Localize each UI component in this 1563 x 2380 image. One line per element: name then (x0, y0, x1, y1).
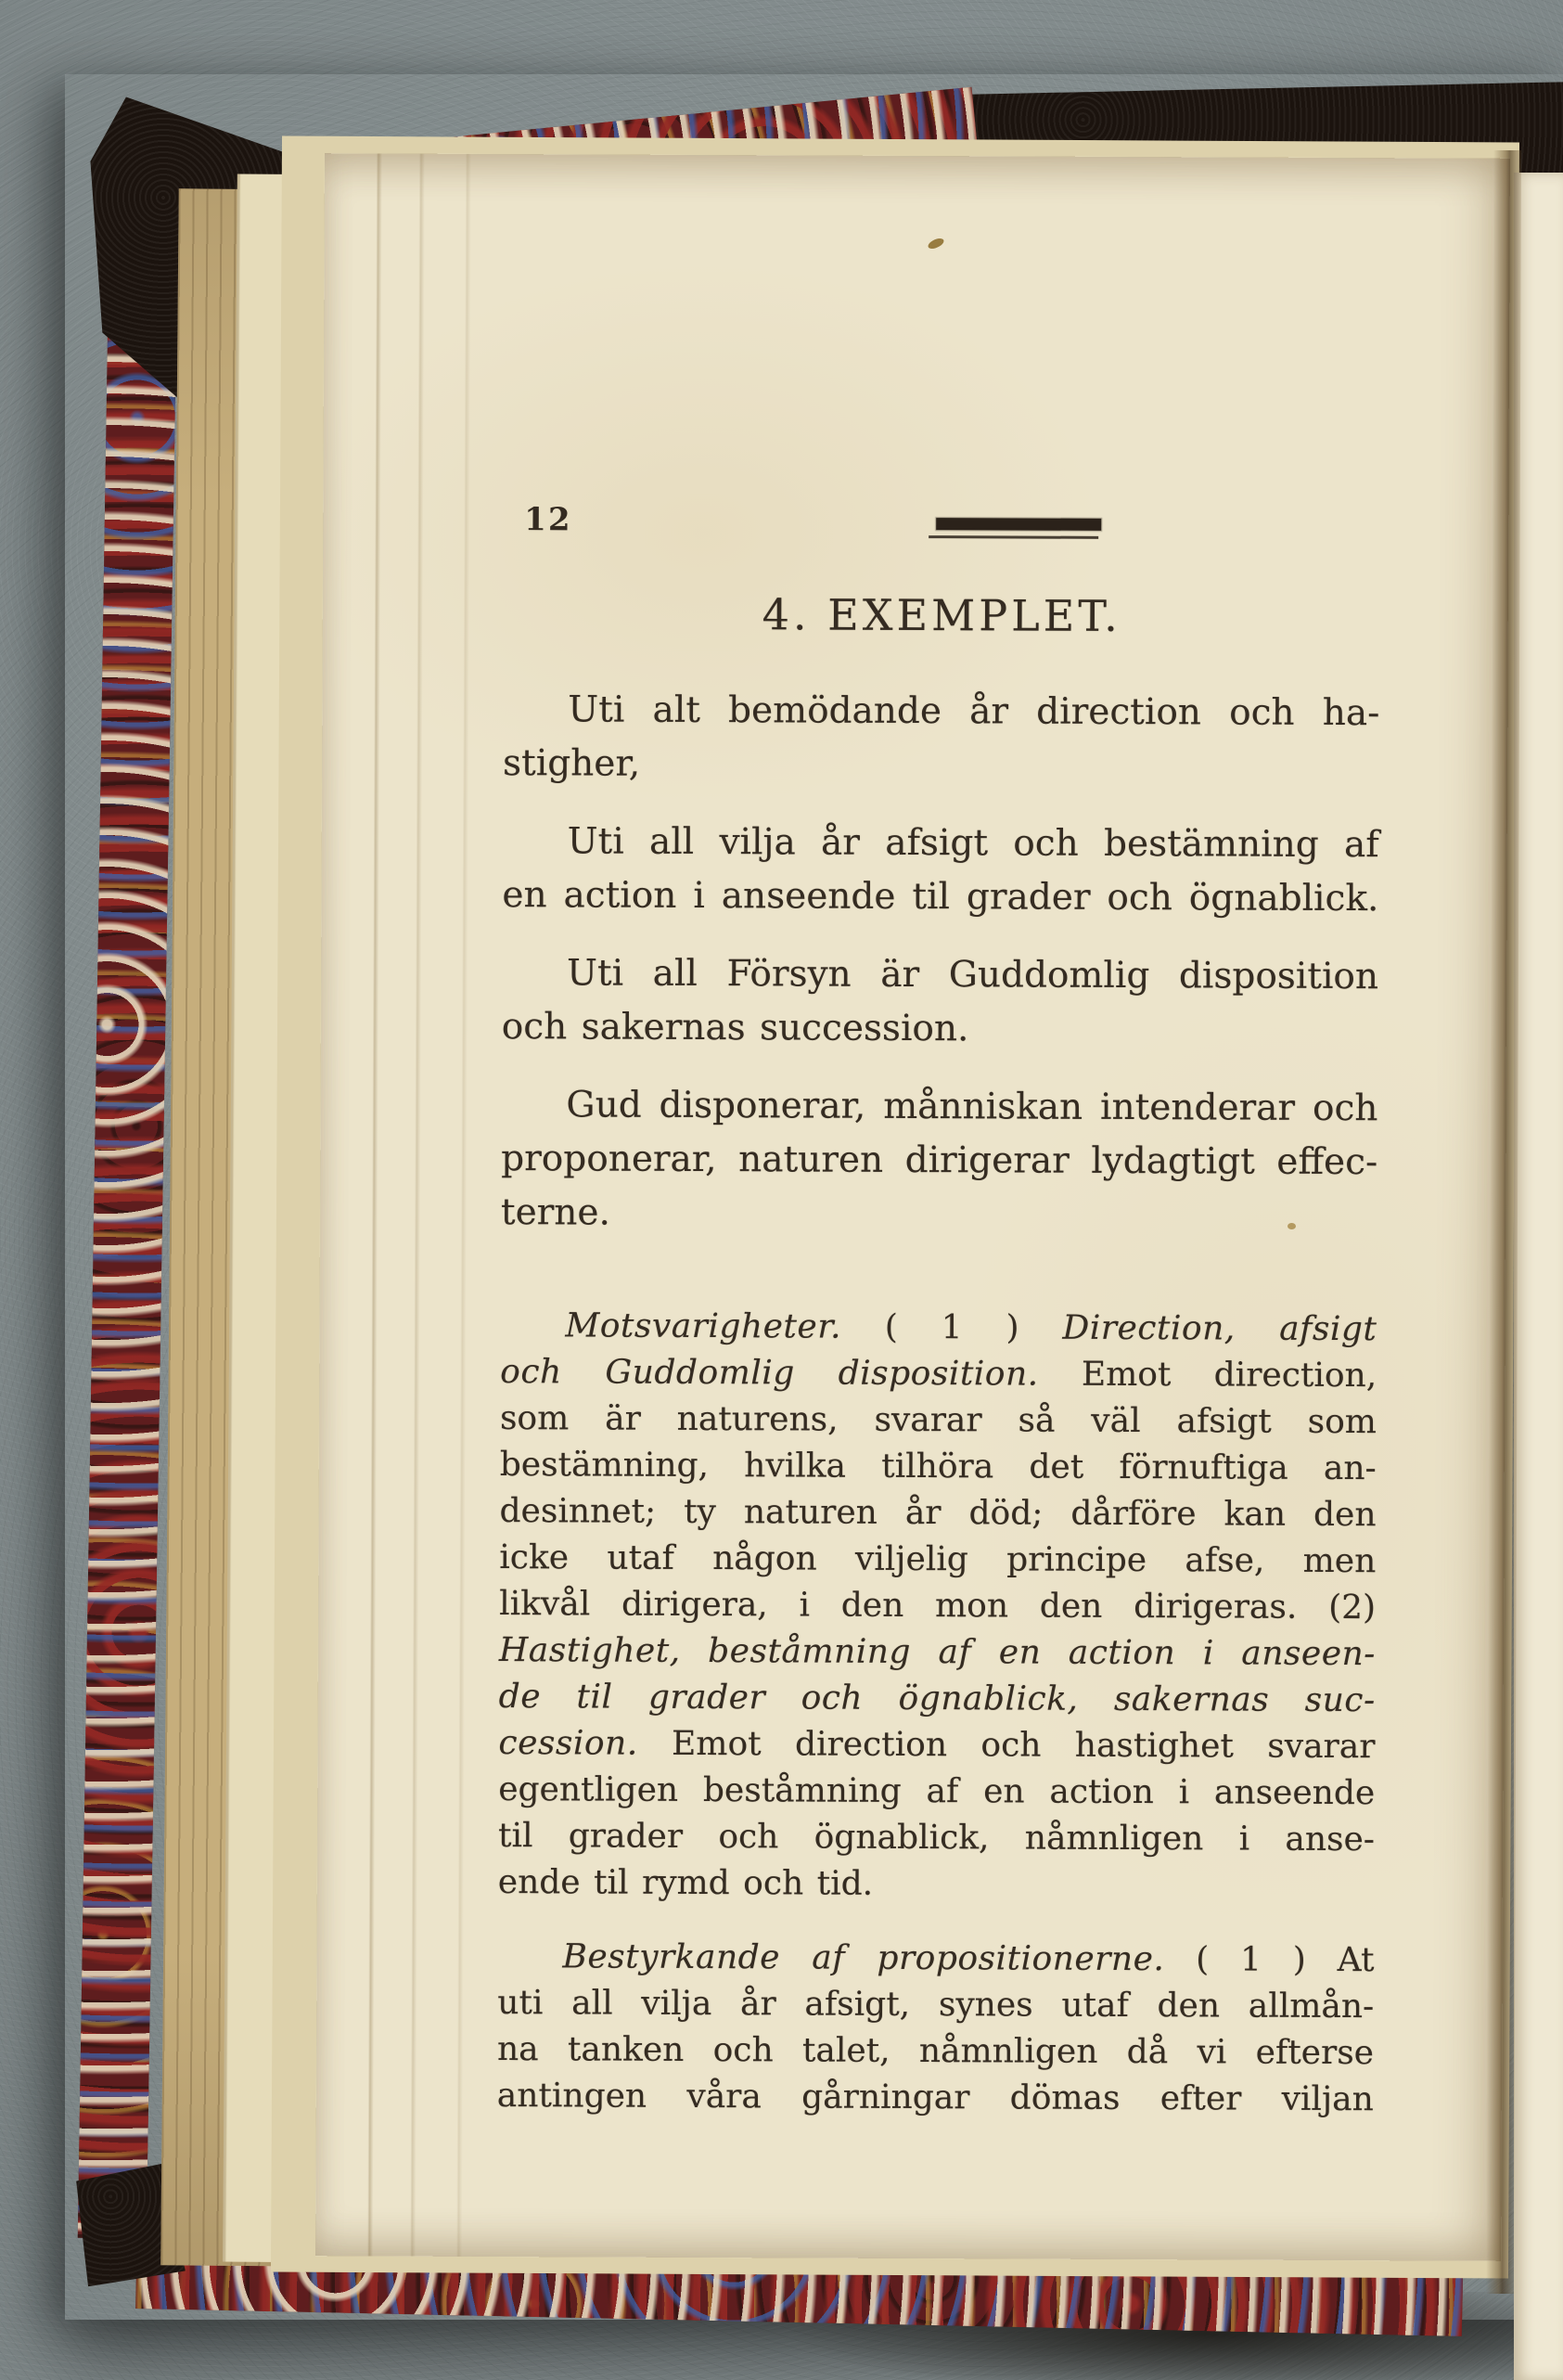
text-line: som är naturens, svarar så väl afsigt so… (500, 1396, 1377, 1446)
text-line: desinnet; ty naturen år död; dårföre kan… (499, 1488, 1376, 1538)
text-segment: likvål dirigera, i den mon den dirigeras… (499, 1585, 1376, 1627)
text-line: uti all vilja år afsigt, synes utaf den … (497, 1980, 1374, 2030)
text-line: cession. Emot direction och hastighet sv… (498, 1720, 1375, 1770)
text-segment: cession. (498, 1724, 637, 1763)
header-rule-ornament (936, 518, 1101, 531)
text-line: och sakernas succession. (502, 1000, 1378, 1058)
text-line: icke utaf någon viljelig principe afse, … (499, 1535, 1376, 1585)
section-heading: 4. EXEMPLET. (504, 588, 1380, 642)
text-block: 12 4. EXEMPLET. Uti alt bemödande år dir… (497, 495, 1381, 2123)
text-segment: Emot direction och hastighet svarar (638, 1725, 1376, 1766)
text-segment: Motsvarigheter. (565, 1306, 841, 1345)
text-line: och Guddomlig disposition. Emot directio… (500, 1349, 1377, 1399)
text-line: til grader och ögnablick, nåmnligen i an… (498, 1813, 1375, 1863)
text-line: Uti all vilja år afsigt och bestämning a… (503, 815, 1379, 872)
text-segment: ( 1 ) (841, 1308, 1063, 1347)
text-segment: antingen våra gårningar dömas efter vilj… (497, 2077, 1374, 2118)
text-line: na tanken och talet, nåmnligen då vi eft… (497, 2026, 1374, 2077)
text-line: antingen våra gårningar dömas efter vilj… (497, 2073, 1374, 2123)
text-segment: och Guddomlig disposition. (500, 1353, 1039, 1394)
text-line: egentligen beståmning af en action i ans… (498, 1767, 1375, 1817)
page-header-row: 12 (504, 495, 1380, 549)
text-segment: icke utaf någon viljelig principe afse, … (499, 1538, 1376, 1580)
text-line: proponerar, naturen dirigerar lydagtigt … (501, 1132, 1377, 1190)
text-line: en action i anseende til grader och ögna… (502, 868, 1378, 926)
text-line: Hastighet, beståmning af en action i ans… (499, 1627, 1376, 1678)
page-number: 12 (524, 501, 572, 538)
text-line: terne. (501, 1186, 1377, 1243)
text-line: bestämning, hvilka tilhöra det förnuftig… (500, 1442, 1377, 1492)
main-page: 12 4. EXEMPLET. Uti alt bemödande år dir… (315, 153, 1510, 2261)
text-line: Gud disponerar, månniskan intenderar och (501, 1078, 1377, 1136)
text-segment: til grader och ögnablick, nåmnligen i an… (498, 1817, 1375, 1859)
text-segment: stigher, (503, 742, 640, 785)
text-line: de til grader och ögnablick, sakernas su… (499, 1674, 1376, 1724)
body-text: Uti alt bemödande år direction och ha- s… (497, 683, 1380, 2123)
text-segment: bestämning, hvilka tilhöra det förnuftig… (500, 1446, 1377, 1487)
text-segment: ( 1 ) At (1164, 1940, 1374, 1979)
text-segment: och sakernas succession. (502, 1006, 969, 1049)
text-line: Motsvarigheter. ( 1 ) Direction, afsigt (500, 1303, 1377, 1353)
text-segment: Uti all Försyn är Guddomlig disposition (567, 952, 1378, 997)
text-segment: ende til rymd och tid. (498, 1863, 874, 1903)
text-segment: terne. (501, 1191, 610, 1234)
text-segment: Uti alt bemödande år direction och ha- (568, 688, 1379, 734)
facing-page-sliver (1514, 173, 1563, 2380)
text-segment: Emot direction, (1039, 1356, 1377, 1396)
text-line: Uti all Försyn är Guddomlig disposition (502, 946, 1378, 1004)
text-segment: Direction, afsigt (1062, 1309, 1377, 1348)
text-segment: Hastighet, beståmning af en action i ans… (499, 1631, 1376, 1673)
text-segment: proponerar, naturen dirigerar lydagtigt … (501, 1138, 1377, 1183)
text-segment: Uti all vilja år afsigt och bestämning a… (568, 820, 1379, 866)
photo-backdrop: { "book": { "page_number": "12", "headin… (0, 0, 1563, 2380)
text-segment: na tanken och talet, nåmnligen då vi eft… (497, 2030, 1374, 2072)
text-segment: Gud disponerar, månniskan intenderar och (566, 1084, 1377, 1129)
text-segment: de til grader och ögnablick, sakernas su… (499, 1678, 1376, 1719)
text-segment: desinnet; ty naturen år död; dårföre kan… (499, 1492, 1376, 1534)
text-segment: uti all vilja år afsigt, synes utaf den … (497, 1984, 1374, 2026)
paper-fleck (1288, 1223, 1296, 1229)
text-segment: som är naturens, svarar så väl afsigt so… (500, 1399, 1377, 1441)
text-segment: egentligen beståmning af en action i ans… (498, 1770, 1375, 1812)
text-segment: en action i anseende til grader och ögna… (502, 874, 1378, 920)
text-segment: Bestyrkande af propositionerne. (562, 1937, 1164, 1978)
text-line: likvål dirigera, i den mon den dirigeras… (499, 1581, 1376, 1631)
text-line: ende til rymd och tid. (498, 1859, 1375, 1910)
text-line: Bestyrkande af propositionerne. ( 1 ) At (497, 1934, 1374, 1984)
text-line: stigher, (503, 737, 1379, 794)
text-line: Uti alt bemödande år direction och ha- (503, 683, 1379, 740)
